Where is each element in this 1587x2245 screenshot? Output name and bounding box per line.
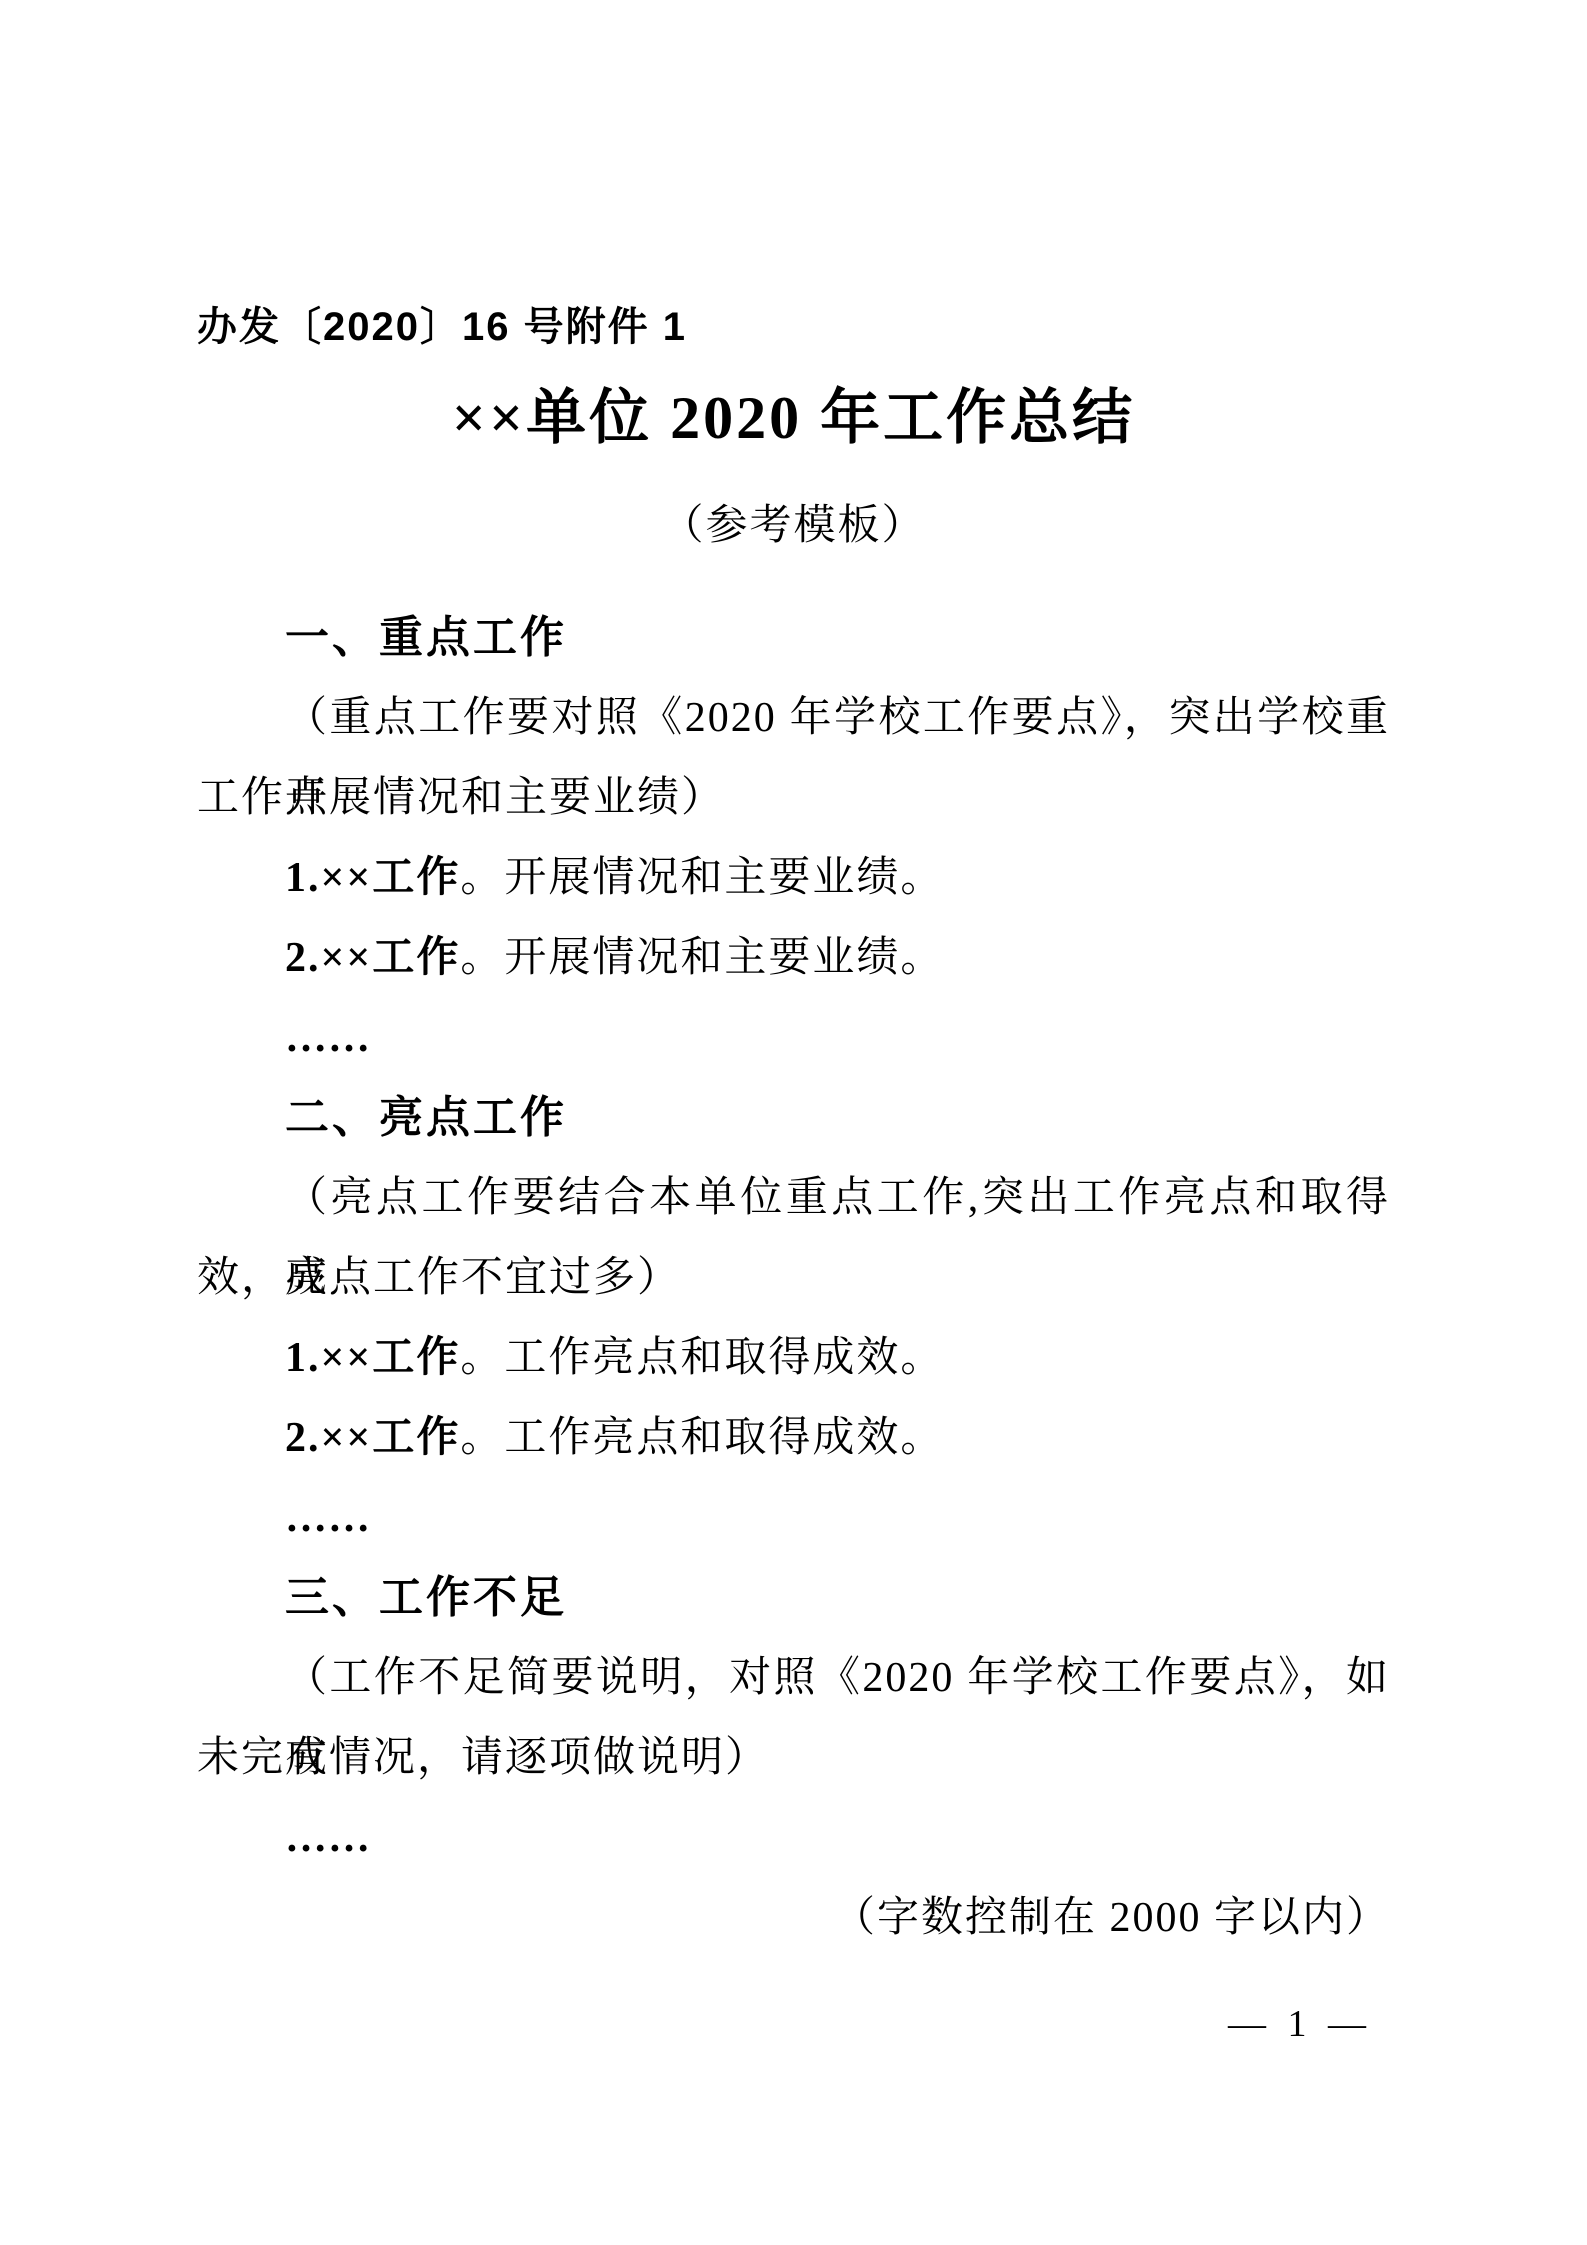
- item-text: 。工作亮点和取得成效。: [460, 1335, 944, 1381]
- doc-body: 一、重点工作 （重点工作要对照《2020 年学校工作要点》，突出学校重点 工作开…: [197, 598, 1390, 1958]
- section-1-ellipsis: ……: [197, 998, 1390, 1078]
- section-1-note-line-2: 工作开展情况和主要业绩）: [197, 758, 1390, 838]
- section-2-ellipsis: ……: [197, 1478, 1390, 1558]
- item-lead: 2.××工作: [285, 1415, 460, 1461]
- section-2-item-2: 2.××工作。工作亮点和取得成效。: [197, 1398, 1390, 1478]
- section-3-note-line-1: （工作不足简要说明，对照《2020 年学校工作要点》，如有: [197, 1638, 1390, 1718]
- doc-subtitle: （参考模板）: [0, 496, 1587, 556]
- section-2-note-line-2: 效，亮点工作不宜过多）: [197, 1238, 1390, 1318]
- item-lead: 2.××工作: [285, 935, 460, 981]
- word-limit-note: （字数控制在 2000 字以内）: [197, 1878, 1390, 1958]
- section-1-note-line-1: （重点工作要对照《2020 年学校工作要点》，突出学校重点: [197, 678, 1390, 758]
- document-page: 办发〔2020〕16 号附件 1 ××单位 2020 年工作总结 （参考模板） …: [0, 0, 1587, 2245]
- section-heading-2: 二、亮点工作: [197, 1078, 1390, 1158]
- section-2-note-line-1: （亮点工作要结合本单位重点工作,突出工作亮点和取得成: [197, 1158, 1390, 1238]
- doc-title: ××单位 2020 年工作总结: [0, 376, 1587, 460]
- section-3-note-line-2: 未完成情况，请逐项做说明）: [197, 1718, 1390, 1798]
- doc-reference-number: 办发〔2020〕16 号附件 1: [197, 303, 687, 351]
- section-2-item-1: 1.××工作。工作亮点和取得成效。: [197, 1318, 1390, 1398]
- item-text: 。开展情况和主要业绩。: [460, 855, 944, 901]
- item-text: 。开展情况和主要业绩。: [460, 935, 944, 981]
- item-lead: 1.××工作: [285, 855, 460, 901]
- section-3-ellipsis: ……: [197, 1798, 1390, 1878]
- section-heading-1: 一、重点工作: [197, 598, 1390, 678]
- section-heading-3: 三、工作不足: [197, 1558, 1390, 1638]
- item-lead: 1.××工作: [285, 1335, 460, 1381]
- section-1-item-1: 1.××工作。开展情况和主要业绩。: [197, 838, 1390, 918]
- page-number: — 1 —: [1228, 2002, 1372, 2046]
- item-text: 。工作亮点和取得成效。: [460, 1415, 944, 1461]
- section-1-item-2: 2.××工作。开展情况和主要业绩。: [197, 918, 1390, 998]
